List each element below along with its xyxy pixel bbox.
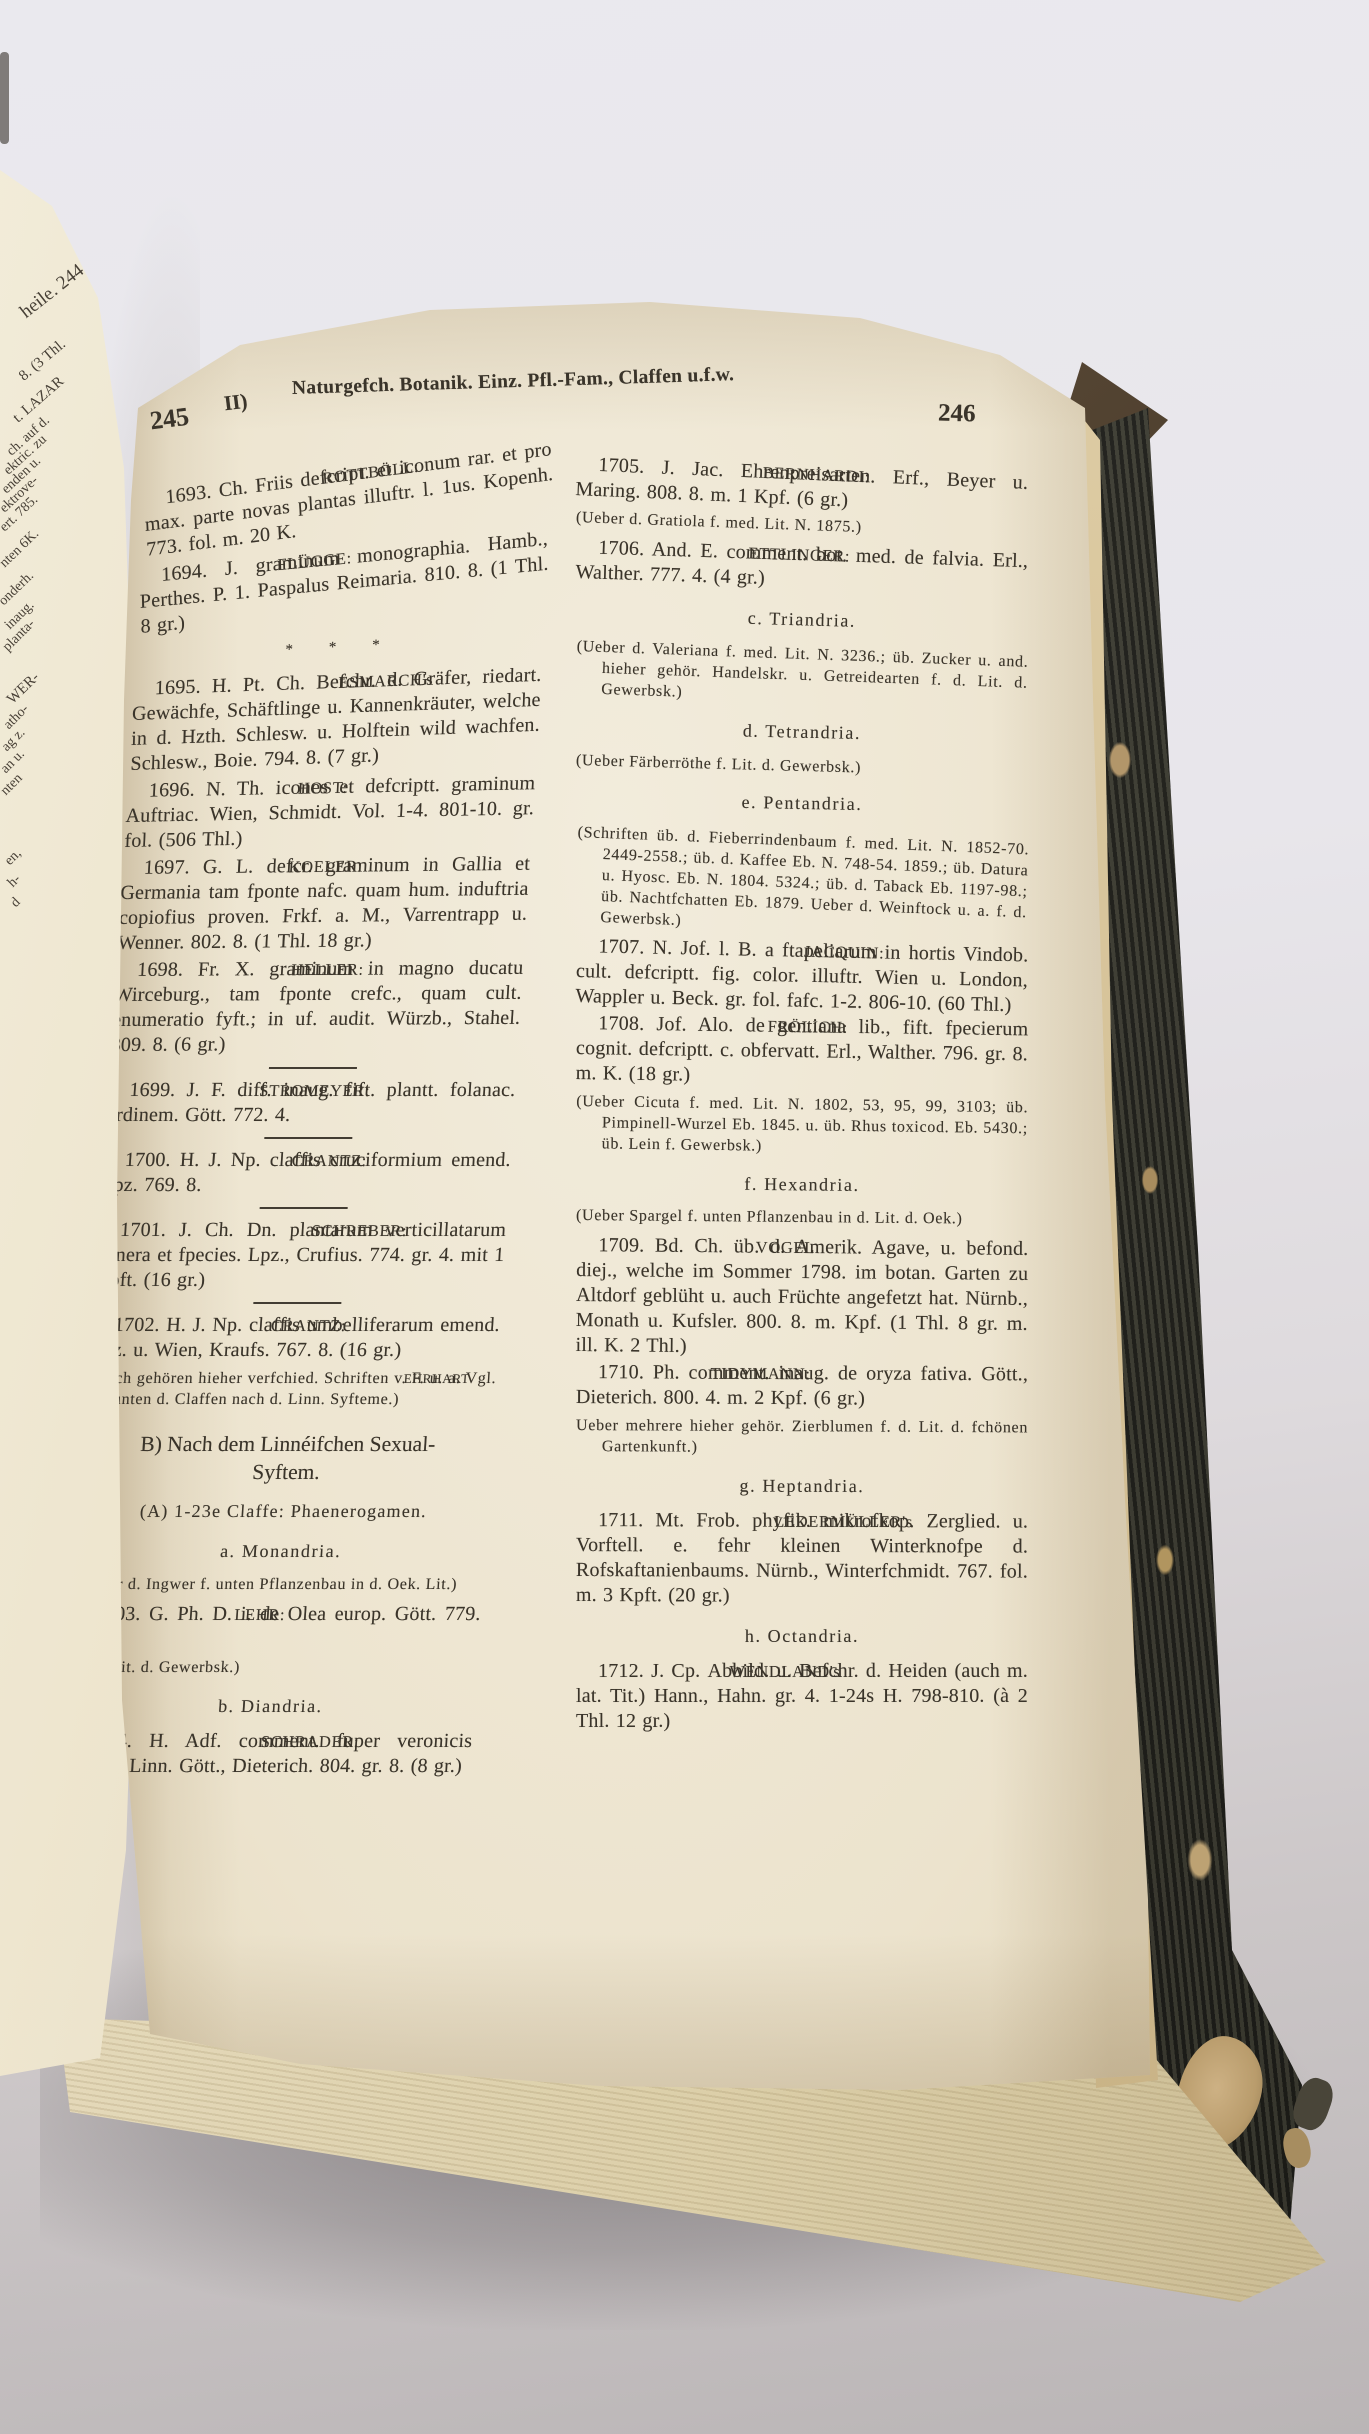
running-title: Naturgefch. Botanik. Einz. Pfl.-Fam., Cl… [292, 364, 735, 400]
adjacent-page-text-fragment: WER- [4, 669, 43, 708]
author-small-caps: HELLER: [269, 957, 365, 982]
adjacent-page-text-fragment: h- [5, 872, 25, 892]
column-rule [100, 1207, 508, 1209]
right-column: 1705. J. Jac. BERNHARDI: Ehrenpreisarten… [576, 450, 1028, 1736]
adjacent-page-text-fragment: d [8, 895, 24, 911]
column-note: (Ueber d. Ingwer f. unten Pflanzenbau in… [74, 1574, 483, 1595]
column-rule [109, 1067, 517, 1069]
author-small-caps: TIDYMANN: [689, 1361, 811, 1387]
author-small-caps: ESMARCH's [316, 667, 434, 696]
adjacent-page-text-fragment: heile. 244 [16, 260, 89, 323]
column-heading: c. Triandria. [576, 601, 1029, 639]
column-heading: h. Octandria. [576, 1624, 1028, 1649]
section-marker: II) [223, 389, 249, 417]
bibliography-entry: 1697. G. L. KOELER: defcr. graminum in G… [117, 852, 531, 956]
author-small-caps: WENDLAND's [707, 1659, 840, 1684]
author-small-caps: SCHRADER: [238, 1729, 360, 1754]
bibliography-entry: 1698. Fr. X. HELLER: graminum in magno d… [110, 956, 524, 1058]
column-heading: g. Heptandria. [576, 1473, 1028, 1500]
author-small-caps: CRANTZ: [248, 1313, 347, 1338]
bibliography-entry: 1710. Ph. TIDYMANN: comment. inaug. de o… [576, 1360, 1028, 1412]
column-note: (Auch gehören hieher verfchied. Schrifte… [86, 1368, 497, 1410]
column-note: (Ueber Cicuta f. med. Lit. N. 1802, 53, … [576, 1091, 1029, 1160]
bibliography-entry: 1703. G. Ph. LEHR: D. i. de Olea europ. … [70, 1602, 481, 1652]
author-small-caps: JACQUIN: [782, 938, 885, 965]
bibliography-entry: 1695. H. Pt. Ch. ESMARCH's Befchr. d. Gr… [130, 663, 542, 777]
bibliography-entry: 1708. Jof. Alo. FRÖLICH: de gentiana lib… [575, 1011, 1028, 1092]
bibliography-entry: 1712. J. Cp. WENDLAND's Abbild. u. Befch… [576, 1659, 1028, 1734]
bibliography-entry: 1711. Mt. Frob. LEDERMÜLLER's phyfik. mi… [576, 1508, 1028, 1610]
author-small-caps: BERNHARDI: [740, 459, 870, 489]
author-small-caps: LEHR: [212, 1602, 287, 1627]
column-note: (Ueber Färberröthe f. Lit. d. Gewerbsk.) [576, 750, 1028, 783]
left-column: 1693. Ch. Friis ROTTBÖLL: defcript. et i… [62, 450, 558, 1781]
author-small-caps: ETTLINGER: [726, 540, 850, 569]
separator-rule [269, 1067, 357, 1069]
separator-rule [264, 1137, 352, 1139]
bibliography-entry: 1701. J. Ch. Dn. SCHREBER: plantarum ver… [94, 1218, 507, 1293]
author-small-caps: HOST: [275, 775, 348, 801]
column-note: (Schriften üb. d. Fieberrindenbaum f. me… [574, 822, 1030, 944]
column-heading: b. Diandria. [66, 1694, 476, 1719]
page-number-left: 245 [148, 402, 190, 437]
bibliography-entry: 1699. J. F. STROMEYER: diff. inaug. fift… [105, 1078, 516, 1128]
separator-rule [253, 1302, 341, 1304]
author-small-caps: ROTTBÖLL: [300, 454, 420, 494]
adjacent-page-text-fragment: 8. (3 Thl. [16, 336, 69, 385]
column-heading: d. Tetrandria. [576, 715, 1028, 749]
author-small-caps: FRÖLICH: [746, 1013, 849, 1039]
bibliography-entry: 1707. N. Jof. l. B. a JACQUIN: ftapeliar… [575, 934, 1028, 1018]
adjacent-page-text-fragment: nten [0, 771, 26, 799]
author-small-caps: LEDERMÜLLER's [752, 1509, 913, 1535]
author-small-caps: KOELER: [266, 853, 364, 879]
author-small-caps: FLÜGGE: [255, 545, 352, 579]
column-rule [104, 1137, 512, 1139]
column-note: (Ueber Spargel f. unten Pflanzenbau in d… [576, 1205, 1028, 1230]
photo-of-open-book: heile. 2448. (3 Thl.t. LAZARch. auf d.ek… [0, 0, 1369, 2434]
author-small-caps: SCHREBER: [289, 1218, 408, 1243]
column-note: (Ueber d. Valeriana f. med. Lit. N. 3236… [575, 636, 1029, 715]
column-note: Ueber mehrere hieher gehör. Zierblumen f… [576, 1415, 1028, 1459]
page-number-right: 246 [938, 400, 976, 429]
bibliography-entry: 1696. N. Th. HOST: icones et defcriptt. … [124, 771, 536, 854]
bibliography-entry: 1709. Bd. Ch. VOGEL üb. d. Amerik. Agave… [575, 1233, 1028, 1362]
column-rule [93, 1302, 501, 1304]
column-heading: e. Pentandria. [576, 787, 1028, 820]
column-heading-main: B) Nach dem Linnéifchen Sexual-Syftem. [115, 1430, 459, 1486]
column-heading-sub: (A) 1-23e Claffe: Phaenerogamen. [105, 1500, 463, 1523]
author-small-caps: EHRHART [429, 1368, 470, 1389]
bibliography-entry: 1700. H. J. Np. CRANTZ: claffis crucifor… [100, 1148, 511, 1198]
author-small-caps: STROMEYER: [237, 1078, 371, 1103]
adjacent-page-text-fragment: en, [2, 846, 25, 869]
author-small-caps: VOGEL [734, 1234, 815, 1260]
bibliography-entry: 1706. And. E. ETTLINGER: comment. bot. m… [575, 535, 1028, 599]
column-heading: a. Monandria. [76, 1539, 486, 1564]
column-note: (Vgl. Lit. d. Gewerbsk.) [68, 1657, 477, 1678]
author-small-caps: CRANTZ: [269, 1148, 368, 1173]
bibliography-entry: 1702. H. J. Np. CRANTZ: claffis umbellif… [89, 1313, 500, 1363]
separator-rule [260, 1207, 348, 1209]
column-heading: f. Hexandria. [576, 1170, 1028, 1200]
